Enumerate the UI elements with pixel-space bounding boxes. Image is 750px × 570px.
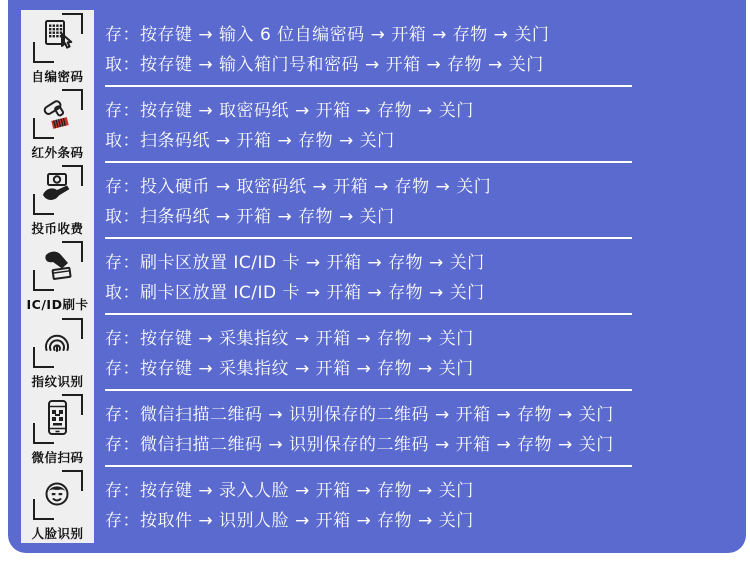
method-label: 红外条码 xyxy=(31,143,83,161)
flow-line: 存：按存键 → 采集指纹 → 开箱 → 存物 → 关门 xyxy=(105,324,745,354)
flow-section-fingerprint: 存：按存键 → 采集指纹 → 开箱 → 存物 → 关门 存：按存键 → 采集指纹… xyxy=(105,322,745,398)
coins-hand-icon xyxy=(32,165,84,215)
flow-section-self-password: 存：按存键 → 输入 6 位自编密码 → 开箱 → 存物 → 关门 取：按存键 … xyxy=(105,18,745,94)
flow-line: 存：按存键 → 取密码纸 → 开箱 → 存物 → 关门 xyxy=(105,96,745,126)
fingerprint-icon xyxy=(32,318,84,368)
method-item-fingerprint: 指纹识别 xyxy=(21,315,94,391)
method-label: 指纹识别 xyxy=(31,372,83,390)
flow-line: 存：按取件 → 识别人脸 → 开箱 → 存物 → 关门 xyxy=(105,506,745,536)
method-item-coin-pay: 投币收费 xyxy=(21,162,94,238)
section-divider xyxy=(105,465,632,467)
flow-line: 存：投入硬币 → 取密码纸 → 开箱 → 存物 → 关门 xyxy=(105,172,745,202)
flow-section-face-recognition: 存：按存键 → 录入人脸 → 开箱 → 存物 → 关门 存：按取件 → 识别人脸… xyxy=(105,474,745,550)
method-label: 人脸识别 xyxy=(31,524,83,542)
section-divider xyxy=(105,313,632,315)
section-divider xyxy=(105,161,632,163)
flow-line: 取：扫条码纸 → 开箱 → 存物 → 关门 xyxy=(105,126,745,156)
keypad-hand-icon xyxy=(32,13,84,63)
section-divider xyxy=(105,389,632,391)
method-label: 自编密码 xyxy=(31,67,83,85)
method-item-wechat-scan: 微信扫码 xyxy=(21,391,94,467)
card-swipe-icon xyxy=(32,241,84,291)
flow-section-ic-id-card: 存：刷卡区放置 IC/ID 卡 → 开箱 → 存物 → 关门 取：刷卡区放置 I… xyxy=(105,246,745,322)
flow-line: 取：刷卡区放置 IC/ID 卡 → 开箱 → 存物 → 关门 xyxy=(105,278,745,308)
flow-line: 存：微信扫描二维码 → 识别保存的二维码 → 开箱 → 存物 → 关门 xyxy=(105,430,745,460)
section-divider xyxy=(105,85,632,87)
method-item-ic-id-card: IC/ID刷卡 xyxy=(21,238,94,314)
method-item-face-recognition: 人脸识别 xyxy=(21,467,94,543)
flow-line: 存：微信扫描二维码 → 识别保存的二维码 → 开箱 → 存物 → 关门 xyxy=(105,400,745,430)
method-label: 投币收费 xyxy=(31,219,83,237)
method-item-infrared-barcode: 红外条码 xyxy=(21,86,94,162)
flow-section-coin-pay: 存：投入硬币 → 取密码纸 → 开箱 → 存物 → 关门 取：扫条码纸 → 开箱… xyxy=(105,170,745,246)
barcode-scanner-icon xyxy=(32,89,84,139)
flow-line: 存：按存键 → 录入人脸 → 开箱 → 存物 → 关门 xyxy=(105,476,745,506)
method-label: IC/ID刷卡 xyxy=(27,295,89,313)
phone-qr-icon xyxy=(32,394,84,444)
flow-section-infrared-barcode: 存：按存键 → 取密码纸 → 开箱 → 存物 → 关门 取：扫条码纸 → 开箱 … xyxy=(105,94,745,170)
section-divider xyxy=(105,237,632,239)
method-sidebar: 自编密码 红外条码 xyxy=(21,10,94,543)
flow-line: 存：按存键 → 输入 6 位自编密码 → 开箱 → 存物 → 关门 xyxy=(105,20,745,50)
flow-section-wechat-scan: 存：微信扫描二维码 → 识别保存的二维码 → 开箱 → 存物 → 关门 存：微信… xyxy=(105,398,745,474)
flow-line: 取：按存键 → 输入箱门号和密码 → 开箱 → 存物 → 关门 xyxy=(105,50,745,80)
flow-line: 存：按存键 → 采集指纹 → 开箱 → 存物 → 关门 xyxy=(105,354,745,384)
flow-line: 取：扫条码纸 → 开箱 → 存物 → 关门 xyxy=(105,202,745,232)
flow-list: 存：按存键 → 输入 6 位自编密码 → 开箱 → 存物 → 关门 取：按存键 … xyxy=(105,18,745,550)
method-label: 微信扫码 xyxy=(31,448,83,466)
method-item-self-password: 自编密码 xyxy=(21,10,94,86)
face-scan-icon xyxy=(32,470,84,520)
flow-line: 存：刷卡区放置 IC/ID 卡 → 开箱 → 存物 → 关门 xyxy=(105,248,745,278)
